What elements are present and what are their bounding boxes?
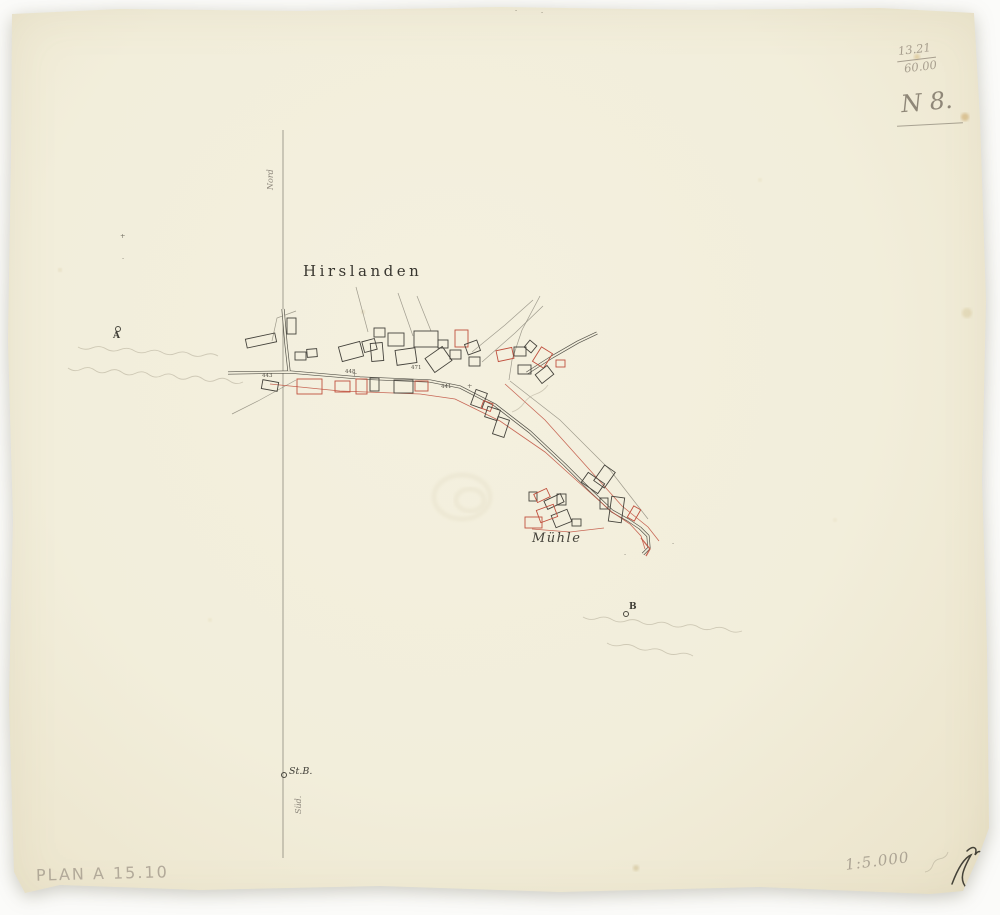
svg-text:+: + <box>120 232 125 240</box>
survey-point-a-marker <box>115 326 121 332</box>
svg-text:443: 443 <box>262 373 273 379</box>
station-b-marker <box>281 772 287 778</box>
survey-point-b-label: B <box>629 602 637 612</box>
village-title: Hirslanden <box>303 262 422 280</box>
archive-number-fraction: 13.21 60.00 <box>895 40 938 78</box>
sheet-number: N 8. <box>900 86 954 118</box>
map-drawing: 443448471441+···++·· <box>0 0 1000 915</box>
paper-sheet-wrap: 443448471441+···++·· Hirslanden Mühle A … <box>0 0 1000 915</box>
svg-text:441: 441 <box>441 384 452 390</box>
paper-sheet: 443448471441+···++·· Hirslanden Mühle A … <box>0 0 1000 915</box>
archive-number-bottom: 60.00 <box>897 57 937 76</box>
station-b-label: St.B. <box>289 766 312 777</box>
scanned-plan-page: 443448471441+···++·· Hirslanden Mühle A … <box>0 0 1000 915</box>
survey-point-a-label: A <box>113 331 120 341</box>
svg-text:·: · <box>624 551 626 559</box>
svg-text:+: + <box>467 382 472 390</box>
meridian-north-label: Nord <box>266 169 275 190</box>
svg-text:·: · <box>515 7 517 15</box>
svg-text:·: · <box>672 540 674 548</box>
svg-text:+: + <box>352 370 357 378</box>
scale-note-pencil: 1:5.000 <box>844 848 910 874</box>
survey-point-b-marker <box>623 611 629 617</box>
plan-number-pencil: PLAN A 15.10 <box>36 862 169 884</box>
meridian-south-label: Süd. <box>294 796 303 814</box>
svg-text:·: · <box>122 255 124 263</box>
svg-text:·: · <box>541 9 543 17</box>
sheet-number-underline <box>897 122 963 127</box>
mill-label: Mühle <box>532 531 581 546</box>
archive-number-top: 13.21 <box>895 40 936 62</box>
svg-text:471: 471 <box>411 365 422 371</box>
svg-text:448: 448 <box>345 369 356 375</box>
